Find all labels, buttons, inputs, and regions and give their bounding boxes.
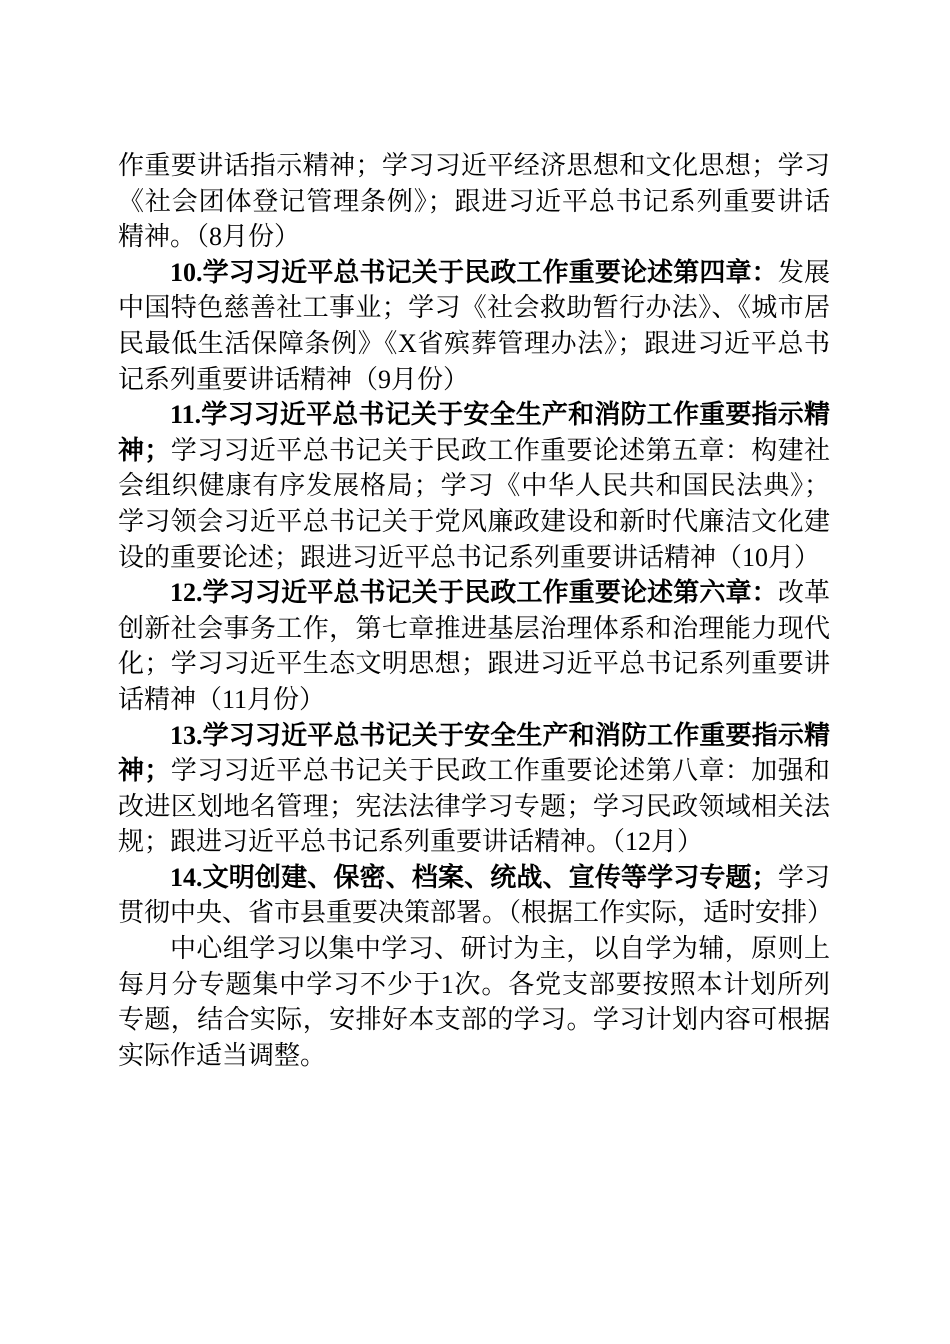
item-13: 13.学习习近平总书记关于安全生产和消防工作重要指示精神；学习习近平总书记关于民… bbox=[118, 718, 830, 860]
text-run: 作重要讲话指示精神；学习习近平经济思想和文化思想；学习《社会团体登记管理条例》；… bbox=[118, 151, 830, 251]
document-body: 作重要讲话指示精神；学习习近平经济思想和文化思想；学习《社会团体登记管理条例》；… bbox=[118, 148, 830, 1073]
closing-paragraph: 中心组学习以集中学习、研讨为主，以自学为辅，原则上每月分专题集中学习不少于1次。… bbox=[118, 931, 830, 1073]
item-14: 14.文明创建、保密、档案、统战、宣传等学习专题；学习贯彻中央、省市县重要决策部… bbox=[118, 860, 830, 931]
bold-text-run: 12.学习习近平总书记关于民政工作重要论述第六章： bbox=[170, 578, 778, 607]
text-run: 学习习近平总书记关于民政工作重要论述第五章：构建社会组织健康有序发展格局；学习《… bbox=[118, 436, 830, 572]
bold-text-run: 10.学习习近平总书记关于民政工作重要论述第四章： bbox=[170, 258, 778, 287]
item-11: 11.学习习近平总书记关于安全生产和消防工作重要指示精神；学习习近平总书记关于民… bbox=[118, 397, 830, 575]
item-12: 12.学习习近平总书记关于民政工作重要论述第六章：改革创新社会事务工作，第七章推… bbox=[118, 575, 830, 717]
continued-paragraph-aug: 作重要讲话指示精神；学习习近平经济思想和文化思想；学习《社会团体登记管理条例》；… bbox=[118, 148, 830, 255]
text-run: 中心组学习以集中学习、研讨为主，以自学为辅，原则上每月分专题集中学习不少于1次。… bbox=[118, 934, 830, 1070]
bold-text-run: 14.文明创建、保密、档案、统战、宣传等学习专题； bbox=[170, 863, 778, 892]
document-page: 作重要讲话指示精神；学习习近平经济思想和文化思想；学习《社会团体登记管理条例》；… bbox=[0, 0, 950, 1344]
text-run: 学习习近平总书记关于民政工作重要论述第八章：加强和改进区划地名管理；宪法法律学习… bbox=[118, 756, 830, 856]
item-10: 10.学习习近平总书记关于民政工作重要论述第四章：发展中国特色慈善社工事业；学习… bbox=[118, 255, 830, 397]
